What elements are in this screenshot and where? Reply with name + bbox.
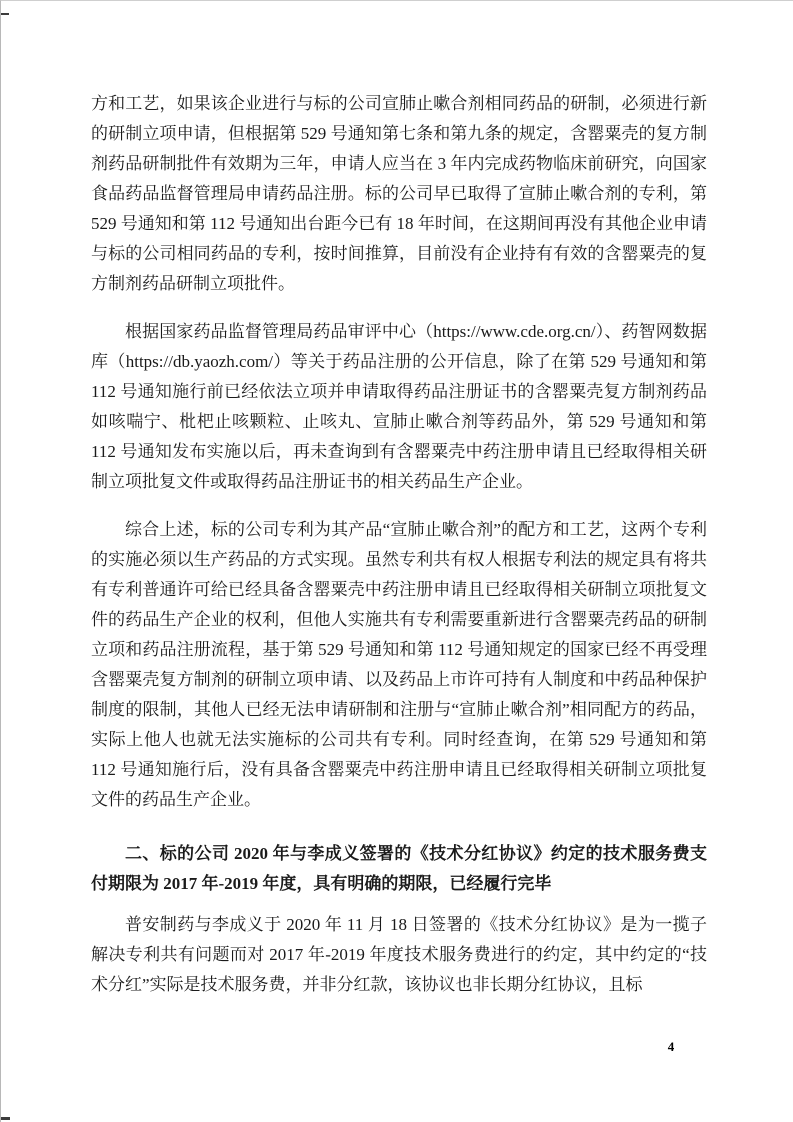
paragraph-continued: 方和工艺，如果该企业进行与标的公司宣肺止嗽合剂相同药品的研制，必须进行新的研制立… bbox=[91, 89, 707, 299]
paragraph: 综合上述，标的公司专利为其产品“宣肺止嗽合剂”的配方和工艺，这两个专利的实施必须… bbox=[91, 515, 707, 815]
paragraph: 根据国家药品监督管理局药品审评中心（https://www.cde.org.cn… bbox=[91, 317, 707, 497]
scan-edge-artifact-bottom-left bbox=[1, 1117, 10, 1120]
document-content: 方和工艺，如果该企业进行与标的公司宣肺止嗽合剂相同药品的研制，必须进行新的研制立… bbox=[91, 89, 707, 1018]
document-page: 方和工艺，如果该企业进行与标的公司宣肺止嗽合剂相同药品的研制，必须进行新的研制立… bbox=[0, 0, 793, 1122]
paragraph: 普安制药与李成义于 2020 年 11 月 18 日签署的《技术分红协议》是为一… bbox=[91, 910, 707, 1000]
page-number: 4 bbox=[661, 1039, 681, 1055]
scan-edge-artifact-top-left bbox=[1, 13, 9, 15]
section-heading: 二、标的公司 2020 年与李成义签署的《技术分红协议》约定的技术服务费支付期限… bbox=[91, 839, 707, 899]
